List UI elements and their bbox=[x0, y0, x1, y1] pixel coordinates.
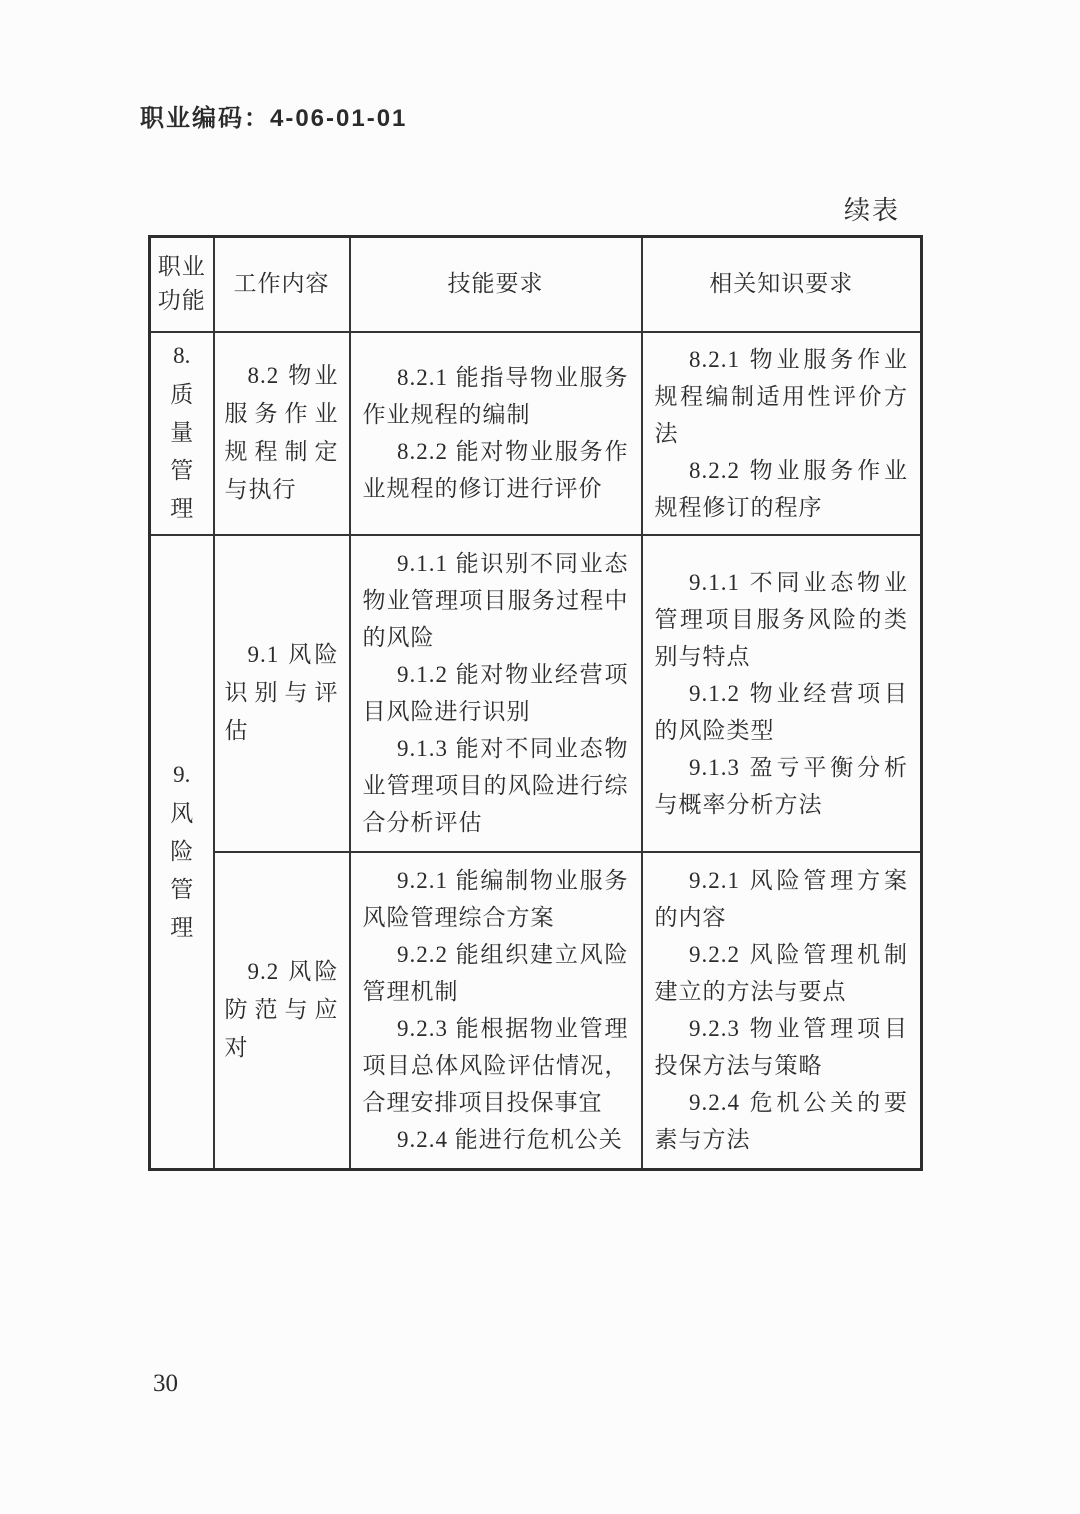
column-header-knowledge-requirements: 相关知识要求 bbox=[642, 237, 922, 332]
knowledge-item: 9.2.2 风险管理机制建立的方法与要点 bbox=[655, 936, 909, 1010]
skill-item: 8.2.1 能指导物业服务作业规程的编制 bbox=[363, 359, 629, 433]
page-number: 30 bbox=[153, 1370, 178, 1398]
skills-cell: 9.2.1 能编制物业服务风险管理综合方案 9.2.2 能组织建立风险管理机制 … bbox=[350, 852, 642, 1170]
skill-item: 9.2.2 能组织建立风险管理机制 bbox=[363, 936, 629, 1010]
skill-item: 9.1.3 能对不同业态物业管理项目的风险进行综合分析评估 bbox=[363, 730, 629, 841]
work-content-text: 9.2 风险防范与应对 bbox=[225, 953, 339, 1067]
function-number: 8. bbox=[153, 338, 211, 374]
knowledge-item: 9.2.3 物业管理项目投保方法与策略 bbox=[655, 1010, 909, 1084]
function-cell-risk-management: 9. 风险管理 bbox=[150, 535, 214, 1170]
skills-cell: 8.2.1 能指导物业服务作业规程的编制 8.2.2 能对物业服务作业规程的修订… bbox=[350, 332, 642, 535]
continued-table-label: 续表 bbox=[148, 190, 920, 227]
knowledge-item: 8.2.1 物业服务作业规程编制适用性评价方法 bbox=[655, 341, 909, 452]
skill-item: 9.2.4 能进行危机公关 bbox=[363, 1121, 629, 1158]
work-content-text: 8.2 物业服务作业规程制定与执行 bbox=[225, 357, 339, 509]
knowledge-cell: 8.2.1 物业服务作业规程编制适用性评价方法 8.2.2 物业服务作业规程修订… bbox=[642, 332, 922, 535]
knowledge-item: 9.2.4 危机公关的要素与方法 bbox=[655, 1084, 909, 1158]
skills-cell: 9.1.1 能识别不同业态物业管理项目服务过程中的风险 9.1.2 能对物业经营… bbox=[350, 535, 642, 852]
skill-item: 8.2.2 能对物业服务作业规程的修订进行评价 bbox=[363, 433, 629, 507]
skill-item: 9.2.3 能根据物业管理项目总体风险评估情况，合理安排项目投保事宜 bbox=[363, 1010, 629, 1121]
table-header-row: 职业功能 工作内容 技能要求 相关知识要求 bbox=[150, 237, 922, 332]
occupational-standard-table: 职业功能 工作内容 技能要求 相关知识要求 8. 质量管理 8.2 物业服务作业… bbox=[148, 235, 923, 1171]
column-header-function: 职业功能 bbox=[150, 237, 214, 332]
work-content-text: 9.1 风险识别与评估 bbox=[225, 636, 339, 750]
knowledge-item: 9.1.1 不同业态物业管理项目服务风险的类别与特点 bbox=[655, 564, 909, 675]
function-cell-quality-management: 8. 质量管理 bbox=[150, 332, 214, 535]
knowledge-item: 8.2.2 物业服务作业规程修订的程序 bbox=[655, 452, 909, 526]
column-header-skill-requirements: 技能要求 bbox=[350, 237, 642, 332]
function-number: 9. bbox=[153, 757, 211, 793]
knowledge-item: 9.1.3 盈亏平衡分析与概率分析方法 bbox=[655, 749, 909, 823]
work-content-cell: 8.2 物业服务作业规程制定与执行 bbox=[214, 332, 350, 535]
knowledge-item: 9.1.2 物业经营项目的风险类型 bbox=[655, 675, 909, 749]
skill-item: 9.2.1 能编制物业服务风险管理综合方案 bbox=[363, 862, 629, 936]
knowledge-cell: 9.2.1 风险管理方案的内容 9.2.2 风险管理机制建立的方法与要点 9.2… bbox=[642, 852, 922, 1170]
table-row: 9.2 风险防范与应对 9.2.1 能编制物业服务风险管理综合方案 9.2.2 … bbox=[150, 852, 922, 1170]
function-name: 质量管理 bbox=[169, 376, 195, 528]
column-header-work-content: 工作内容 bbox=[214, 237, 350, 332]
skill-item: 9.1.2 能对物业经营项目风险进行识别 bbox=[363, 656, 629, 730]
knowledge-cell: 9.1.1 不同业态物业管理项目服务风险的类别与特点 9.1.2 物业经营项目的… bbox=[642, 535, 922, 852]
work-content-cell: 9.1 风险识别与评估 bbox=[214, 535, 350, 852]
table-row: 8. 质量管理 8.2 物业服务作业规程制定与执行 8.2.1 能指导物业服务作… bbox=[150, 332, 922, 535]
skill-item: 9.1.1 能识别不同业态物业管理项目服务过程中的风险 bbox=[363, 545, 629, 656]
knowledge-item: 9.2.1 风险管理方案的内容 bbox=[655, 862, 909, 936]
document-page: 职业编码：4-06-01-01 续表 职业功能 工作内容 技能要求 相关知识要求… bbox=[0, 0, 1080, 1514]
occupation-code: 职业编码：4-06-01-01 bbox=[140, 98, 407, 133]
work-content-cell: 9.2 风险防范与应对 bbox=[214, 852, 350, 1170]
table-row: 9. 风险管理 9.1 风险识别与评估 9.1.1 能识别不同业态物业管理项目服… bbox=[150, 535, 922, 852]
function-name: 风险管理 bbox=[169, 795, 195, 947]
